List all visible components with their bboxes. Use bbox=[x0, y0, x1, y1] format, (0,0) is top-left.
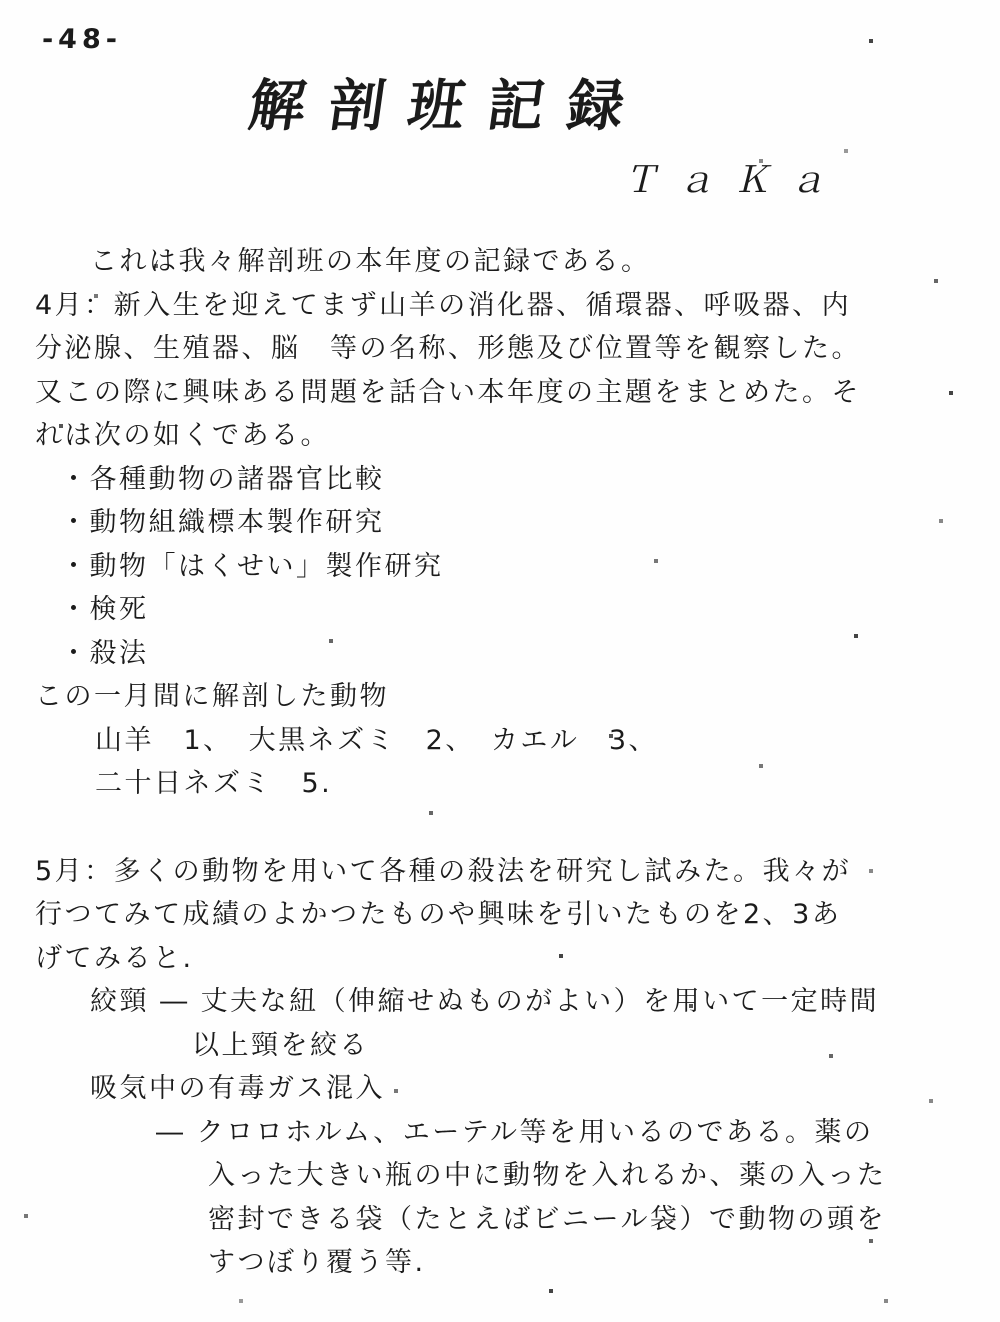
list-item: ・検死 bbox=[0, 588, 1000, 632]
list-item: ・動物「はくせい」製作研究 bbox=[0, 545, 1000, 589]
text-line: 行つてみて成績のよかつたものや興味を引いたものを2、3あ bbox=[0, 893, 1000, 937]
list-item: ・動物組織標本製作研究 bbox=[0, 501, 1000, 545]
document-title: 解剖班記録 bbox=[244, 62, 653, 142]
scanned-document-page: -48- 解剖班記録 ＴａＫａ これは我々解剖班の本年度の記録である。 4月：新… bbox=[0, 0, 1000, 1322]
text-line: 又この際に興味ある問題を話合い本年度の主題をまとめた。そ bbox=[0, 371, 1000, 415]
text-line: これは我々解剖班の本年度の記録である。 bbox=[0, 240, 1000, 284]
author-byline: ＴａＫａ bbox=[622, 152, 845, 203]
scan-noise-speckles bbox=[0, 0, 2, 2]
page-number: -48- bbox=[41, 24, 122, 55]
text-line: ― クロロホルム、エーテル等を用いるのである。薬の bbox=[0, 1111, 1000, 1155]
text-line: この一月間に解剖した動物 bbox=[0, 675, 1000, 719]
text-line: 4月：新入生を迎えてまず山羊の消化器、循環器、呼吸器、内 bbox=[0, 284, 1000, 328]
text-line: げてみると. bbox=[0, 937, 1000, 981]
list-item: ・各種動物の諸器官比較 bbox=[0, 458, 1000, 502]
list-item: ・殺法 bbox=[0, 632, 1000, 676]
text-line: 吸気中の有毒ガス混入 bbox=[0, 1067, 1000, 1111]
text-line: 5月：多くの動物を用いて各種の殺法を研究し試みた。我々が bbox=[0, 850, 1000, 894]
text-line: 分泌腺、生殖器、脳 等の名称、形態及び位置等を観察した。 bbox=[0, 327, 1000, 371]
document-body: これは我々解剖班の本年度の記録である。 4月：新入生を迎えてまず山羊の消化器、循… bbox=[0, 240, 1000, 1285]
text-line: れは次の如くである。 bbox=[0, 414, 1000, 458]
blank-line bbox=[0, 806, 1000, 850]
text-line: 入った大きい瓶の中に動物を入れるか、薬の入った bbox=[0, 1154, 1000, 1198]
text-line: 以上頸を絞る bbox=[0, 1024, 1000, 1068]
text-line: 密封できる袋（たとえばビニール袋）で動物の頭を bbox=[0, 1198, 1000, 1242]
text-line: すつぼり覆う等. bbox=[0, 1241, 1000, 1285]
text-line: 絞頸 ― 丈夫な紐（伸縮せぬものがよい）を用いて一定時間 bbox=[0, 980, 1000, 1024]
animal-tally-line: 二十日ネズミ 5. bbox=[0, 762, 1000, 806]
animal-tally-line: 山羊 1、 大黒ネズミ 2、 カエル 3、 bbox=[0, 719, 1000, 763]
